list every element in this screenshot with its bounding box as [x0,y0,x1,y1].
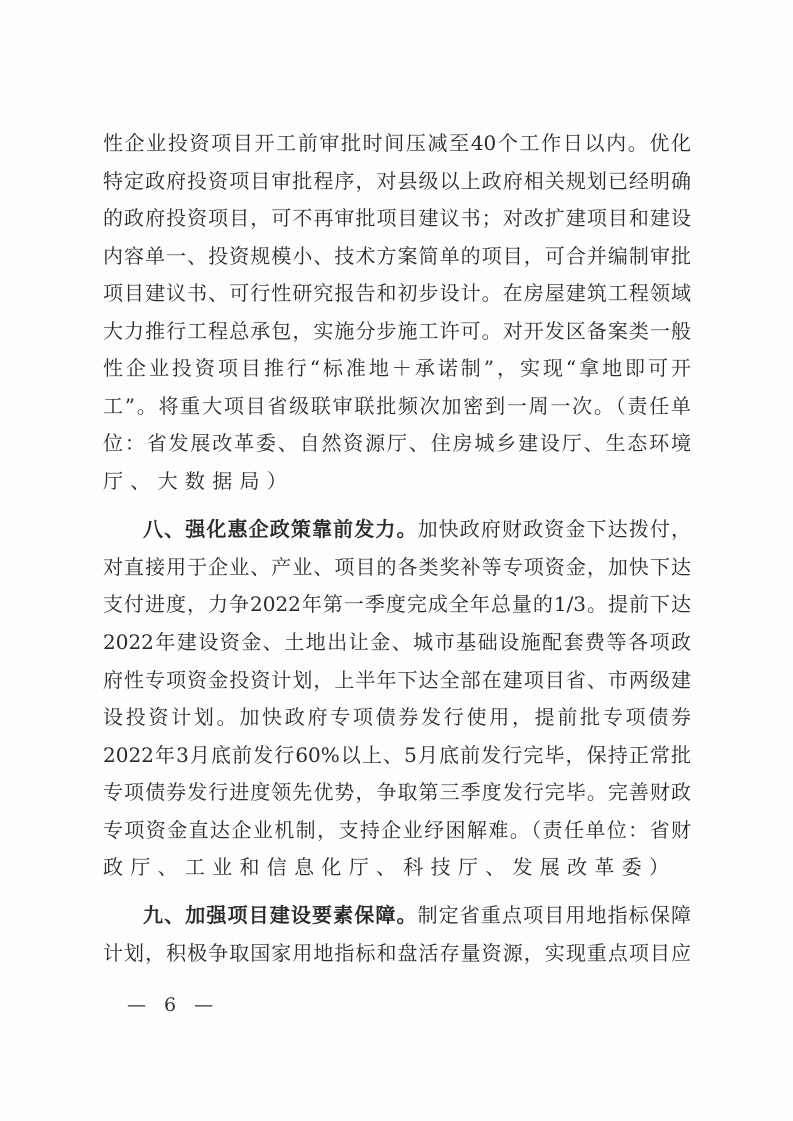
paragraph-line: 性企业投资项目推行“标准地＋承诺制”，实现“拿地即可开 [103,353,691,383]
section-body: 加快政府财政资金下达拨付， [418,517,691,541]
paragraph-line: 专项债券发行进度领先优势，争取第三季度发行完毕。完善财政 [103,777,691,807]
paragraph-line: 计划，积极争取国家用地指标和盘活存量资源，实现重点项目应 [103,938,691,968]
paragraph-line: 内容单一、投资规模小、技术方案简单的项目，可合并编制审批 [103,241,691,271]
paragraph-line: 厅、大数据局） [103,466,691,496]
paragraph-line: 政厅、工业和信息化厅、科技厅、发展改革委） [103,852,691,882]
section-heading: 九、加强项目建设要素保障。 [143,903,418,927]
section-eight-line: 八、强化惠企政策靠前发力。加快政府财政资金下达拨付， [143,514,691,544]
paragraph-line: 2022年3月底前发行60%以上、5月底前发行完毕，保持正常批 [103,740,691,770]
paragraph-line: 2022年建设资金、土地出让金、城市基础设施配套费等各项政 [103,627,691,657]
paragraph-line: 府性专项资金投资计划，上半年下达全部在建项目省、市两级建 [103,665,691,695]
paragraph-line: 对直接用于企业、产业、项目的各类奖补等专项资金，加快下达 [103,552,691,582]
paragraph-line: 位：省发展改革委、自然资源厅、住房城乡建设厅、生态环境 [103,428,691,458]
paragraph-line: 工”。将重大项目省级联审联批频次加密到一周一次。（责任单 [103,391,691,421]
paragraph-line: 项目建议书、可行性研究报告和初步设计。在房屋建筑工程领域 [103,278,691,308]
section-nine-line: 九、加强项目建设要素保障。制定省重点项目用地指标保障 [143,900,691,930]
paragraph-line: 性企业投资项目开工前审批时间压减至40个工作日以内。优化 [103,128,691,158]
paragraph-line: 特定政府投资项目审批程序，对县级以上政府相关规划已经明确 [103,166,691,196]
section-body: 制定省重点项目用地指标保障 [418,903,691,927]
paragraph-line: 的政府投资项目，可不再审批项目建议书；对改扩建项目和建设 [103,203,691,233]
document-page: 性企业投资项目开工前审批时间压减至40个工作日以内。优化 特定政府投资项目审批程… [0,0,793,1121]
section-heading: 八、强化惠企政策靠前发力。 [143,517,418,541]
paragraph-line: 专项资金直达企业机制，支持企业纾困解难。（责任单位：省财 [103,815,691,845]
paragraph-line: 大力推行工程总承包，实施分步施工许可。对开发区备案类一般 [103,316,691,346]
paragraph-line: 支付进度，力争2022年第一季度完成全年总量的1/3。提前下达 [103,589,691,619]
paragraph-line: 设投资计划。加快政府专项债券发行使用，提前批专项债券 [103,702,691,732]
page-number: — 6 — [127,991,219,1019]
